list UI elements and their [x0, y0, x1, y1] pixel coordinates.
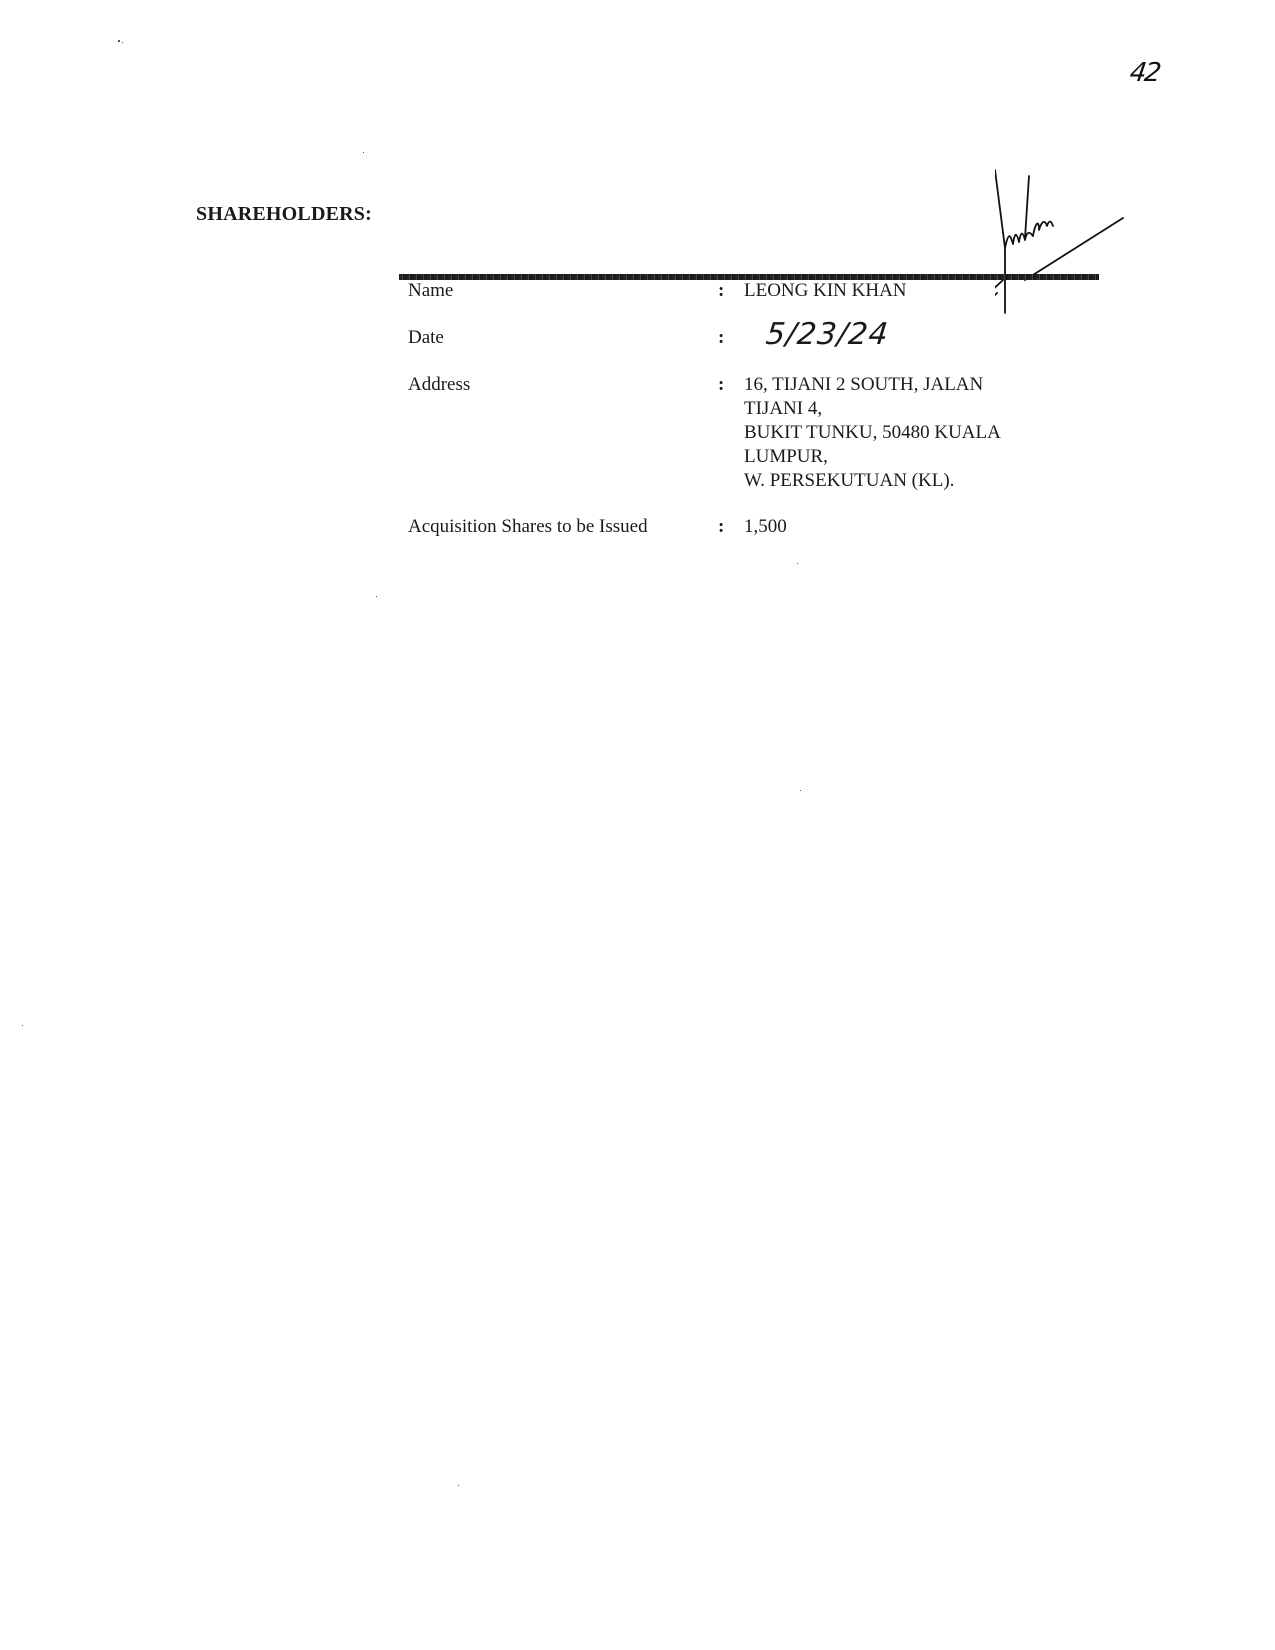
shares-row: Acquisition Shares to be Issued : 1,500: [408, 515, 1044, 539]
shares-label: Acquisition Shares to be Issued: [408, 515, 718, 539]
date-value: 5/23/24: [764, 320, 890, 350]
scan-mark: [800, 790, 801, 791]
date-row: Date : 5/23/24: [408, 326, 1044, 351]
scan-mark: [122, 42, 123, 43]
address-row: Address : 16, TIJANI 2 SOUTH, JALAN TIJA…: [408, 373, 1044, 493]
scan-mark: [376, 596, 377, 597]
shares-separator: :: [718, 515, 744, 539]
section-heading: SHAREHOLDERS:: [196, 203, 372, 226]
address-line: W. PERSEKUTUAN (KL).: [744, 469, 1044, 493]
address-value: 16, TIJANI 2 SOUTH, JALAN TIJANI 4, BUKI…: [744, 373, 1044, 493]
name-label: Name: [408, 279, 718, 303]
page-number: 42: [1128, 58, 1161, 88]
scan-mark: [458, 1485, 459, 1486]
name-value: LEONG KIN KHAN: [744, 279, 1044, 303]
date-value-wrapper: 5/23/24: [744, 326, 1044, 351]
date-label: Date: [408, 326, 718, 351]
scan-mark: [797, 563, 798, 564]
address-line: LUMPUR,: [744, 445, 1044, 469]
name-row: Name : LEONG KIN KHAN: [408, 279, 1044, 303]
date-separator: :: [718, 326, 744, 351]
address-separator: :: [718, 373, 744, 493]
scan-mark: [22, 1025, 23, 1026]
address-label: Address: [408, 373, 718, 493]
name-separator: :: [718, 279, 744, 303]
shares-value: 1,500: [744, 515, 1044, 539]
address-line: TIJANI 4,: [744, 397, 1044, 421]
address-line: 16, TIJANI 2 SOUTH, JALAN: [744, 373, 1044, 397]
scan-mark: [118, 40, 120, 42]
scan-mark: [363, 152, 364, 153]
address-line: BUKIT TUNKU, 50480 KUALA: [744, 421, 1044, 445]
